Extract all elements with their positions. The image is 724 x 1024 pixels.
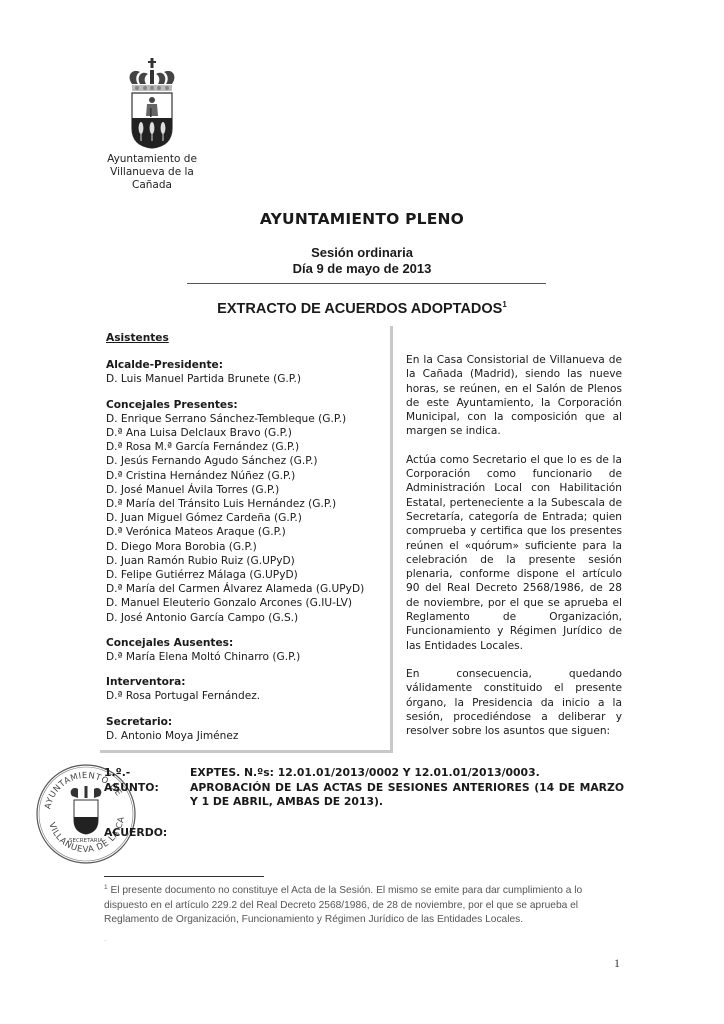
attendee-name: D.ª Verónica Mateos Araque (G.P.) bbox=[106, 525, 396, 539]
attendee-name: D.ª Cristina Hernández Núñez (G.P.) bbox=[106, 469, 396, 483]
agenda-item: 1.º.- EXPTES. N.ºs: 12.01.01/2013/0002 Y… bbox=[104, 766, 624, 840]
logo-line-2: Villanueva de la Cañada bbox=[92, 166, 212, 192]
attendee-name: D. Luis Manuel Partida Brunete (G.P.) bbox=[106, 372, 396, 386]
attendee-name: D. José Manuel Ávila Torres (G.P.) bbox=[106, 483, 396, 497]
attendee-name: D. Felipe Gutiérrez Málaga (G.UPyD) bbox=[106, 568, 396, 582]
asunto-text: APROBACIÓN DE LAS ACTAS DE SESIONES ANTE… bbox=[190, 781, 624, 810]
agenda-item-number: 1.º.- bbox=[104, 766, 130, 781]
attendee-name: D.ª María del Tránsito Luis Hernández (G… bbox=[106, 497, 396, 511]
attendee-group: Concejales Ausentes:D.ª María Elena Molt… bbox=[106, 636, 396, 664]
attendee-name: D.ª María Elena Moltó Chinarro (G.P.) bbox=[106, 650, 396, 664]
preamble-paragraph: En la Casa Consistorial de Villanueva de… bbox=[406, 353, 622, 439]
attendee-groups: Alcalde-Presidente:D. Luis Manuel Partid… bbox=[106, 358, 396, 743]
attendee-group: Interventora:D.ª Rosa Portugal Fernández… bbox=[106, 675, 396, 703]
footnote-text: El presente documento no constituye el A… bbox=[104, 885, 582, 925]
logo-line-1: Ayuntamiento de bbox=[92, 153, 212, 166]
attendee-group-title: Concejales Ausentes: bbox=[106, 636, 396, 650]
preamble-paragraph: Actúa como Secretario el que lo es de la… bbox=[406, 453, 622, 653]
session-preamble: En la Casa Consistorial de Villanueva de… bbox=[406, 353, 622, 752]
municipal-logo: Ayuntamiento de Villanueva de la Cañada bbox=[92, 56, 212, 192]
attendees-heading: Asistentes bbox=[106, 331, 396, 345]
attendee-name: D.ª Ana Luisa Delclaux Bravo (G.P.) bbox=[106, 426, 396, 440]
document-page: Ayuntamiento de Villanueva de la Cañada … bbox=[0, 0, 724, 1024]
extract-title-text: EXTRACTO DE ACUERDOS ADOPTADOS bbox=[217, 301, 502, 317]
stray-mark: . bbox=[104, 934, 106, 943]
attendee-group-title: Interventora: bbox=[106, 675, 396, 689]
preamble-paragraph: En consecuencia, quedando válidamente co… bbox=[406, 667, 622, 738]
attendee-group: Alcalde-Presidente:D. Luis Manuel Partid… bbox=[106, 358, 396, 386]
agenda-expedientes: EXPTES. N.ºs: 12.01.01/2013/0002 Y 12.01… bbox=[190, 766, 624, 781]
attendee-name: D. Manuel Eleuterio Gonzalo Arcones (G.I… bbox=[106, 596, 396, 610]
document-title: AYUNTAMIENTO PLENO bbox=[0, 210, 724, 228]
attendee-name: D. Juan Miguel Gómez Cardeña (G.P.) bbox=[106, 511, 396, 525]
session-info: Sesión ordinaria Día 9 de mayo de 2013 bbox=[0, 245, 724, 277]
attendee-group-title: Alcalde-Presidente: bbox=[106, 358, 396, 372]
extract-title: EXTRACTO DE ACUERDOS ADOPTADOS1 bbox=[0, 300, 724, 317]
attendee-group: Concejales Presentes:D. Enrique Serrano … bbox=[106, 398, 396, 625]
footnote: 1 El presente documento no constituye el… bbox=[104, 881, 624, 928]
attendee-name: D.ª Rosa M.ª García Fernández (G.P.) bbox=[106, 440, 396, 454]
attendee-name: D. José Antonio García Campo (G.S.) bbox=[106, 611, 396, 625]
attendee-group-title: Secretario: bbox=[106, 715, 396, 729]
attendee-name: D. Antonio Moya Jiménez bbox=[106, 729, 396, 743]
footnote-divider bbox=[104, 876, 264, 877]
attendee-name: D.ª María del Carmen Álvarez Alameda (G.… bbox=[106, 582, 396, 596]
attendee-group-title: Concejales Presentes: bbox=[106, 398, 396, 412]
svg-text:SECRETARIA: SECRETARIA bbox=[69, 838, 103, 844]
coat-of-arms-icon bbox=[122, 56, 182, 150]
attendee-name: D. Jesús Fernando Agudo Sánchez (G.P.) bbox=[106, 454, 396, 468]
attendees-section: Asistentes Alcalde-Presidente:D. Luis Ma… bbox=[106, 331, 396, 754]
footnote-reference[interactable]: 1 bbox=[502, 300, 506, 309]
attendee-name: D. Diego Mora Borobia (G.P.) bbox=[106, 540, 396, 554]
session-type: Sesión ordinaria bbox=[0, 245, 724, 261]
footnote-number: 1 bbox=[104, 884, 108, 891]
attendee-group: Secretario:D. Antonio Moya Jiménez bbox=[106, 715, 396, 743]
attendee-name: D. Juan Ramón Rubio Ruiz (G.UPyD) bbox=[106, 554, 396, 568]
header-divider bbox=[187, 283, 546, 284]
attendee-name: D.ª Rosa Portugal Fernández. bbox=[106, 689, 396, 703]
attendee-name: D. Enrique Serrano Sánchez-Tembleque (G.… bbox=[106, 412, 396, 426]
acuerdo-label: ACUERDO: bbox=[104, 826, 167, 839]
page-number: 1 bbox=[614, 956, 620, 971]
asunto-label: ASUNTO: bbox=[104, 781, 159, 796]
session-date: Día 9 de mayo de 2013 bbox=[0, 261, 724, 277]
